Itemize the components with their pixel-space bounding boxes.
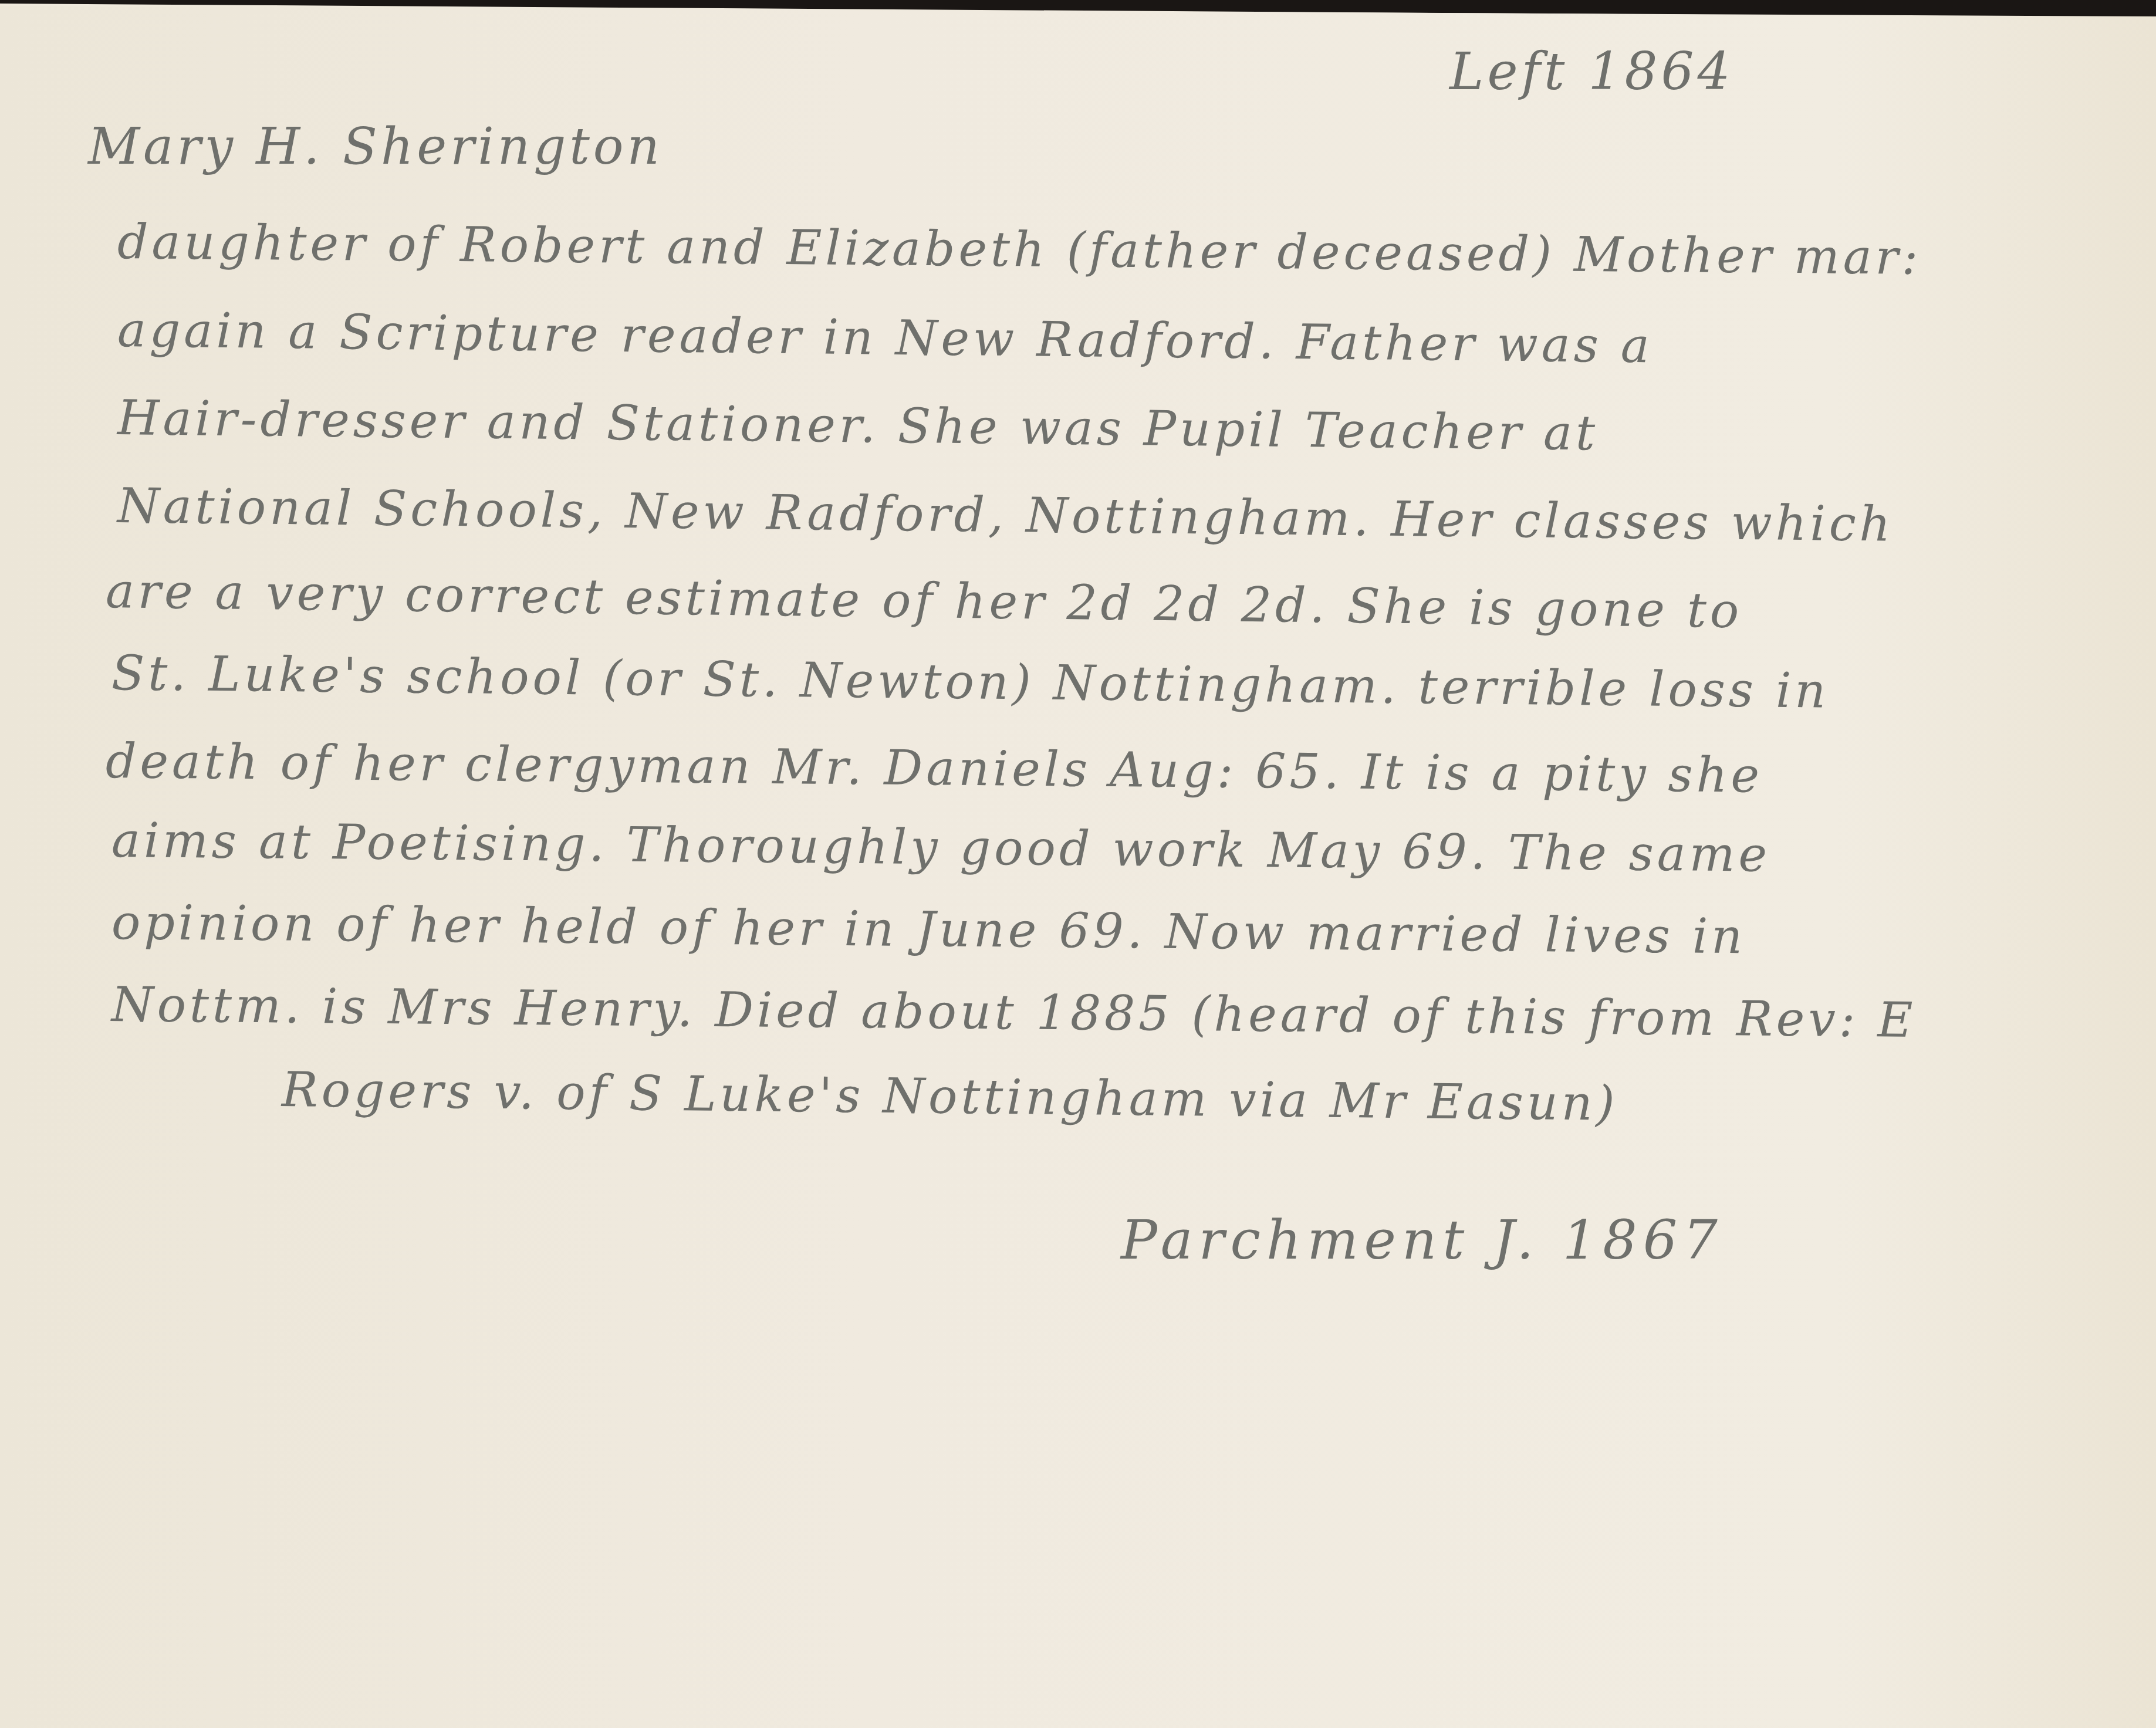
annotation-left-date: Left 1864: [1449, 41, 1733, 102]
record-name: Mary H. Sherington: [88, 117, 663, 176]
signature: Parchment J. 1867: [1121, 1209, 1724, 1272]
